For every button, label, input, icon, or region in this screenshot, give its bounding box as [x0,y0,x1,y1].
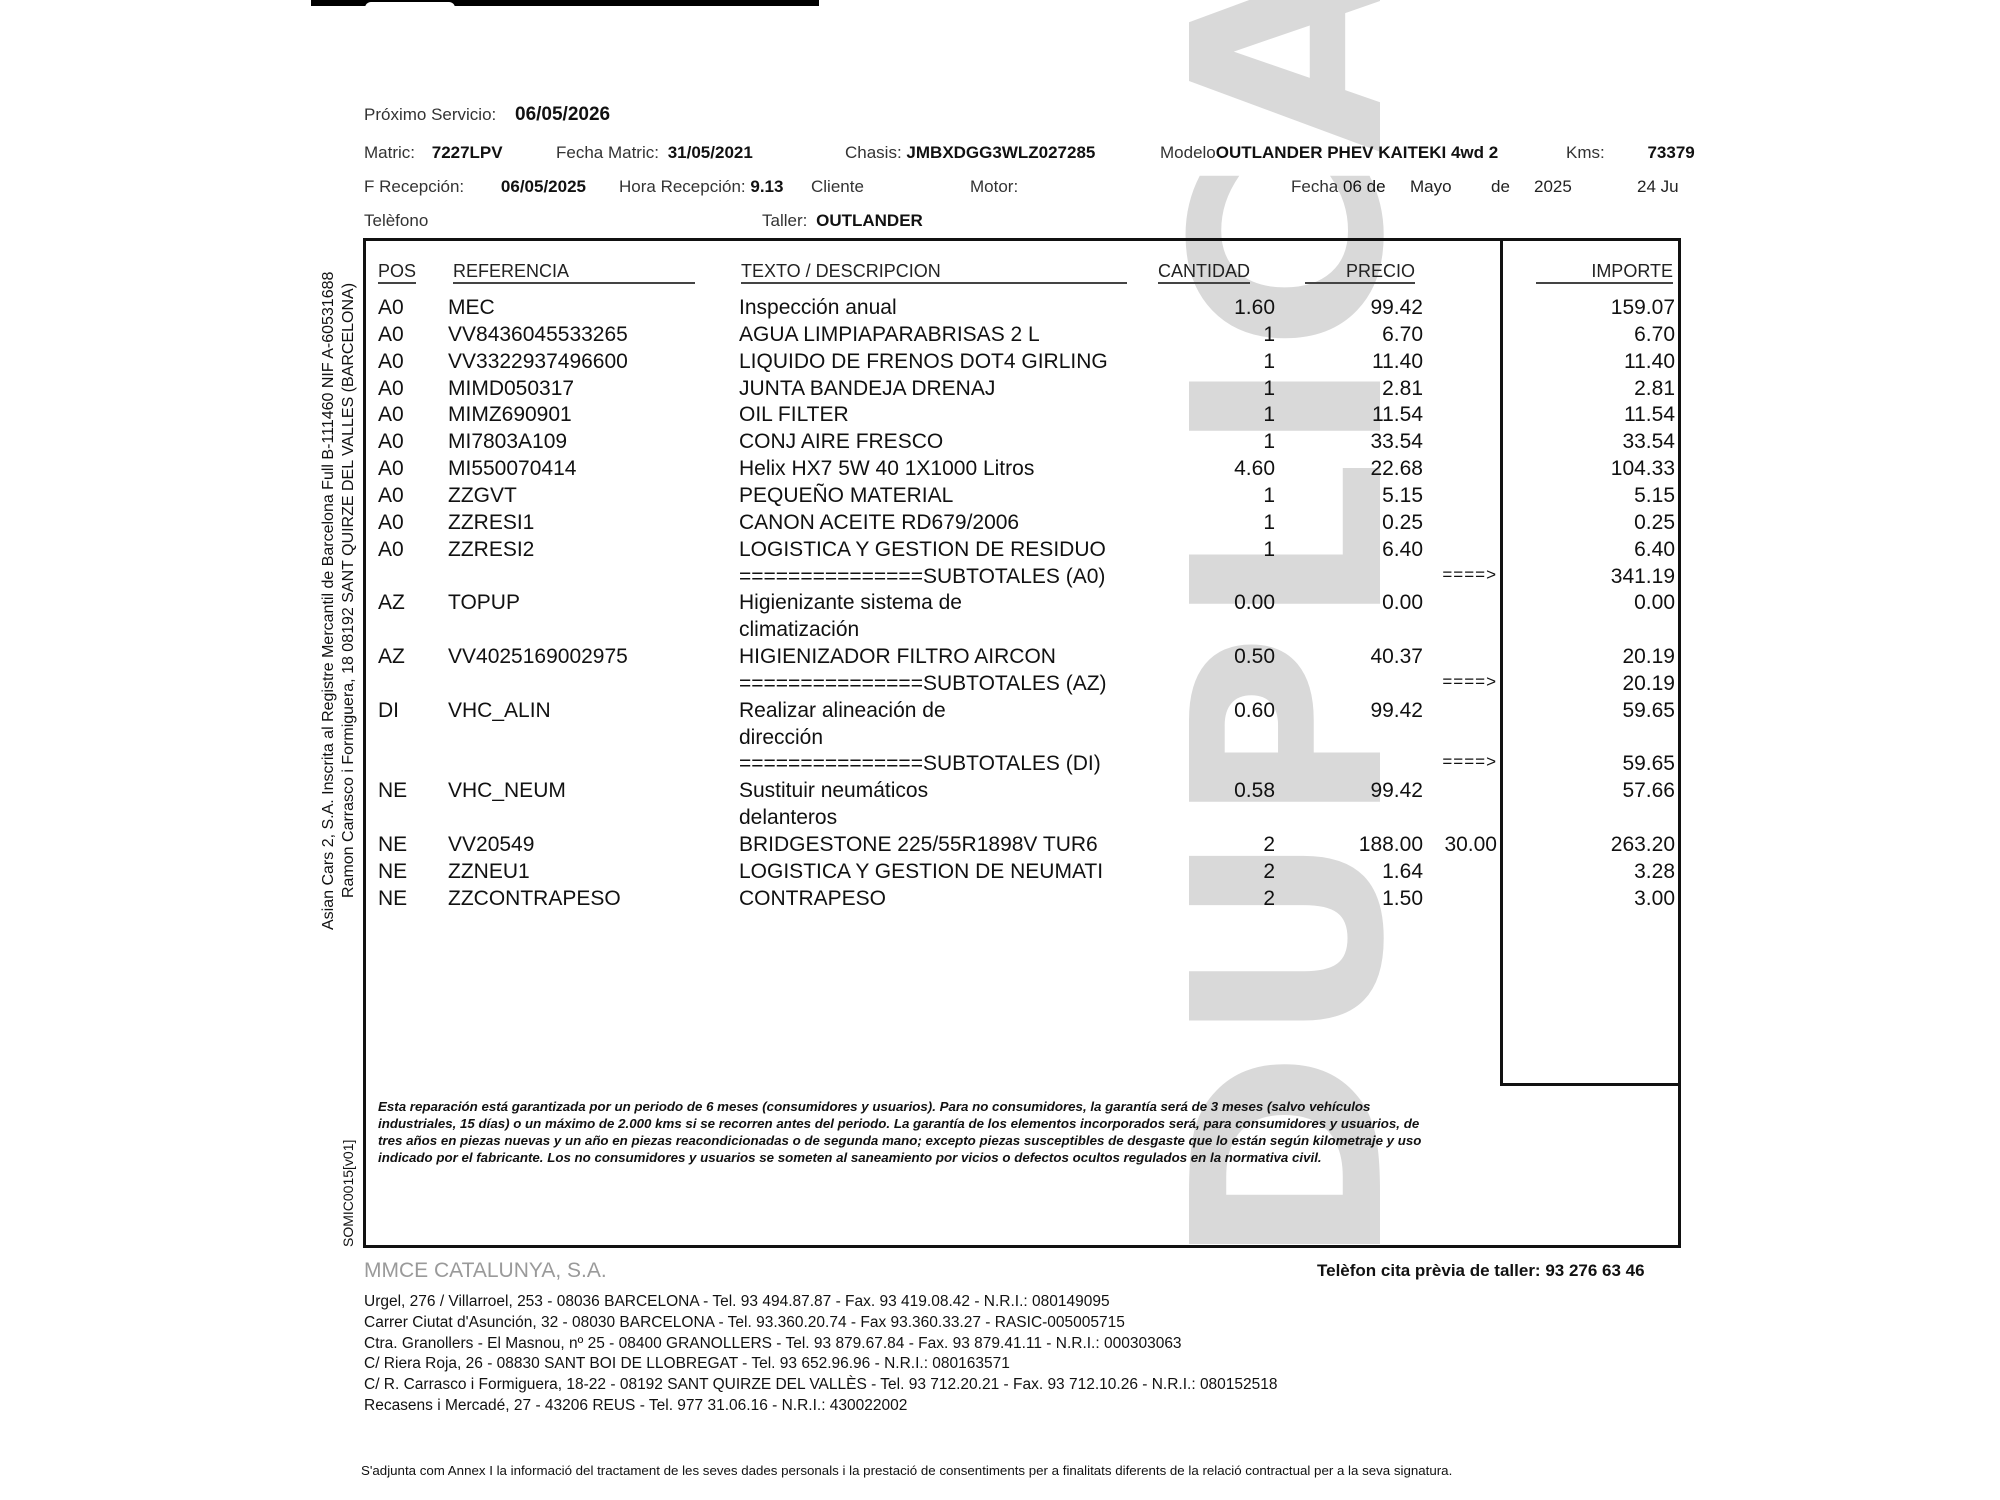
cantidad-cell: 1 [1263,350,1275,374]
cliente-field: Cliente [811,177,864,197]
importe-cell: 57.66 [1622,779,1675,803]
motor-label: Motor: [970,177,1018,196]
precio-cell: 6.40 [1382,538,1423,562]
descripcion-cell: Inspección anual [739,296,897,320]
referencia-cell: MI550070414 [448,457,576,481]
table-row: AZTOPUPHigienizante sistema de0.000.000.… [0,591,2000,618]
col-header-descripcion: TEXTO / DESCRIPCION [741,260,1127,284]
pos-cell: NE [378,779,407,803]
table-row: A0MIMD050317JUNTA BANDEJA DRENAJ12.812.8… [0,377,2000,404]
cantidad-cell: 0.58 [1234,779,1275,803]
f-recepcion-label: F Recepción: [364,177,464,196]
branch-address-line: Urgel, 276 / Villarroel, 253 - 08036 BAR… [364,1293,1110,1311]
pos-cell: A0 [378,323,404,347]
warranty-text: Esta reparación está garantizada por un … [378,1098,1438,1166]
table-row: A0ZZRESI1CANON ACEITE RD679/200610.250.2… [0,511,2000,538]
hora-recepcion-value: 9.13 [750,177,783,196]
descripcion-cell: ===============SUBTOTALES (A0) [739,565,1105,589]
fecha-month: Mayo [1410,177,1452,197]
precio-cell: 2.81 [1382,377,1423,401]
proximo-servicio-value: 06/05/2026 [515,104,610,125]
descripcion-cell: OIL FILTER [739,403,849,427]
proximo-servicio-label: Próximo Servicio: [364,105,496,124]
importe-cell: 341.19 [1611,565,1675,589]
referencia-cell: VV4025169002975 [448,645,628,669]
table-row: A0VV3322937496600LIQUIDO DE FRENOS DOT4 … [0,350,2000,377]
table-row: A0ZZGVTPEQUEÑO MATERIAL15.155.15 [0,484,2000,511]
referencia-cell: VHC_ALIN [448,699,551,723]
importe-cell: 11.54 [1624,403,1675,427]
descripcion-cell: CANON ACEITE RD679/2006 [739,511,1019,535]
importe-cell: 6.70 [1634,323,1675,347]
branch-address-line: C/ R. Carrasco i Formiguera, 18-22 - 081… [364,1376,1278,1394]
importe-cell: 6.40 [1634,538,1675,562]
cantidad-cell: 0.60 [1234,699,1275,723]
precio-cell: 0.00 [1382,591,1423,615]
col-header-precio: PRECIO [1305,260,1415,284]
table-row: NEVV20549BRIDGESTONE 225/55R1898V TUR621… [0,833,2000,860]
pos-cell: A0 [378,484,404,508]
subtotal-row: ===============SUBTOTALES (DI)====>59.65 [0,752,2000,779]
pos-cell: A0 [378,538,404,562]
importe-cell: 20.19 [1622,645,1675,669]
referencia-cell: TOPUP [448,591,520,615]
pos-cell: A0 [378,430,404,454]
table-row: NEZZNEU1LOGISTICA Y GESTION DE NEUMATI21… [0,860,2000,887]
col-header-referencia: REFERENCIA [453,260,695,284]
cantidad-cell: 0.00 [1234,591,1275,615]
importe-cell: 5.15 [1634,484,1675,508]
importe-cell: 0.25 [1634,511,1675,535]
taller-value: OUTLANDER [816,211,923,230]
importe-cell: 33.54 [1622,430,1675,454]
descripcion-cell: delanteros [739,806,837,830]
cantidad-cell: 1 [1263,323,1275,347]
precio-cell: 6.70 [1382,323,1423,347]
cita-previa-phone: Telèfon cita prèvia de taller: 93 276 63… [1317,1261,1645,1281]
kms-label: Kms: [1566,143,1605,162]
importe-cell: 59.65 [1622,752,1675,776]
precio-cell: 11.40 [1372,350,1423,374]
referencia-cell: VV3322937496600 [448,350,628,374]
referencia-cell: MIMD050317 [448,377,574,401]
table-row: dirección [0,726,2000,753]
f-recepcion-field: F Recepción: 06/05/2025 [364,177,586,197]
descripcion-cell: Realizar alineación de [739,699,946,723]
pos-cell: A0 [378,296,404,320]
form-code: SOMIC0015[v01] [340,1140,356,1247]
fecha-matric-field: Fecha Matric: 31/05/2021 [556,143,753,163]
descripcion-cell: Helix HX7 5W 40 1X1000 Litros [739,457,1034,481]
top-bar-notch [365,2,455,8]
table-row: A0MECInspección anual1.6099.42159.07 [0,296,2000,323]
chasis-value: JMBXDGG3WLZ027285 [906,143,1095,162]
precio-cell: 33.54 [1370,430,1423,454]
referencia-cell: VHC_NEUM [448,779,566,803]
importe-cell: 2.81 [1634,377,1675,401]
f-recepcion-value: 06/05/2025 [501,177,586,196]
fecha-label: Fecha [1291,177,1338,196]
descripcion-cell: JUNTA BANDEJA DRENAJ [739,377,995,401]
importe-cell: 20.19 [1622,672,1675,696]
table-row: climatización [0,618,2000,645]
referencia-cell: ZZRESI1 [448,511,534,535]
descripcion-cell: Higienizante sistema de [739,591,962,615]
proximo-servicio: Próximo Servicio: 06/05/2026 [364,104,610,126]
precio-cell: 1.50 [1382,887,1423,911]
cantidad-cell: 0.50 [1234,645,1275,669]
modelo-label: Modelo [1160,143,1216,162]
referencia-cell: MEC [448,296,495,320]
taller-label: Taller: [762,211,807,230]
table-row: A0MIMZ690901OIL FILTER111.5411.54 [0,403,2000,430]
telefono-label: Telèfono [364,211,428,230]
col-header-cantidad: CANTIDAD [1158,260,1250,284]
chasis-label: Chasis: [845,143,902,162]
modelo-field: ModeloOUTLANDER PHEV KAITEKI 4wd 2 [1160,143,1498,163]
taller-field: Taller: OUTLANDER [762,211,923,231]
col-header-pos: POS [378,260,416,284]
referencia-cell: ZZRESI2 [448,538,534,562]
descripcion-cell: LOGISTICA Y GESTION DE NEUMATI [739,860,1103,884]
precio-cell: 40.37 [1370,645,1423,669]
precio-cell: 99.42 [1370,699,1423,723]
fecha-day: 06 de [1343,177,1386,196]
precio-cell: 1.64 [1382,860,1423,884]
table-row: AZVV4025169002975HIGIENIZADOR FILTRO AIR… [0,645,2000,672]
pos-cell: A0 [378,457,404,481]
kms-value: 73379 [1647,143,1694,162]
descuento-cell: ====> [1442,565,1497,585]
table-row: A0MI7803A109CONJ AIRE FRESCO133.5433.54 [0,430,2000,457]
descripcion-cell: HIGIENIZADOR FILTRO AIRCON [739,645,1056,669]
branch-address-line: Carrer Ciutat d'Asunción, 32 - 08030 BAR… [364,1314,1125,1332]
precio-cell: 188.00 [1359,833,1423,857]
table-row: A0VV8436045533265AGUA LIMPIAPARABRISAS 2… [0,323,2000,350]
company-name: MMCE CATALUNYA, S.A. [364,1259,607,1283]
importe-cell: 59.65 [1622,699,1675,723]
cantidad-cell: 1 [1263,511,1275,535]
referencia-cell: VV20549 [448,833,534,857]
cantidad-cell: 2 [1263,887,1275,911]
fecha-matric-label: Fecha Matric: [556,143,659,162]
motor-field: Motor: [970,177,1018,197]
pos-cell: AZ [378,591,405,615]
matric-label: Matric: [364,143,415,162]
branch-address-line: Ctra. Granollers - El Masnou, nº 25 - 08… [364,1335,1182,1353]
descripcion-cell: AGUA LIMPIAPARABRISAS 2 L [739,323,1040,347]
pos-cell: DI [378,699,399,723]
fecha-extra: 24 Ju [1637,177,1679,197]
cantidad-cell: 4.60 [1234,457,1275,481]
precio-cell: 99.42 [1370,779,1423,803]
pos-cell: A0 [378,403,404,427]
table-row: NEVHC_NEUMSustituir neumáticos0.5899.425… [0,779,2000,806]
cantidad-cell: 1 [1263,430,1275,454]
subtotal-row: ===============SUBTOTALES (A0)====>341.1… [0,565,2000,592]
cantidad-cell: 1 [1263,403,1275,427]
cantidad-cell: 1.60 [1234,296,1275,320]
telefono-field: Telèfono [364,211,428,231]
kms-field: Kms: 73379 [1566,143,1695,163]
subtotal-row: ===============SUBTOTALES (AZ)====>20.19 [0,672,2000,699]
referencia-cell: VV8436045533265 [448,323,628,347]
cantidad-cell: 1 [1263,538,1275,562]
pos-cell: AZ [378,645,405,669]
descripcion-cell: PEQUEÑO MATERIAL [739,484,953,508]
chasis-field: Chasis: JMBXDGG3WLZ027285 [845,143,1095,163]
descripcion-cell: CONJ AIRE FRESCO [739,430,943,454]
table-row: A0MI550070414Helix HX7 5W 40 1X1000 Litr… [0,457,2000,484]
table-row: NEZZCONTRAPESOCONTRAPESO21.503.00 [0,887,2000,914]
referencia-cell: MI7803A109 [448,430,567,454]
cantidad-cell: 2 [1263,860,1275,884]
fecha-de: de [1491,177,1510,197]
importe-cell: 104.33 [1611,457,1675,481]
precio-cell: 22.68 [1370,457,1423,481]
descripcion-cell: CONTRAPESO [739,887,886,911]
importe-cell: 3.00 [1634,887,1675,911]
cantidad-cell: 1 [1263,484,1275,508]
fecha-year: 2025 [1534,177,1572,197]
cliente-label: Cliente [811,177,864,196]
pos-cell: NE [378,860,407,884]
pos-cell: NE [378,833,407,857]
descripcion-cell: dirección [739,726,823,750]
descripcion-cell: BRIDGESTONE 225/55R1898V TUR6 [739,833,1098,857]
pos-cell: NE [378,887,407,911]
precio-cell: 5.15 [1382,484,1423,508]
hora-recepcion-label: Hora Recepción: [619,177,746,196]
descripcion-cell: ===============SUBTOTALES (DI) [739,752,1101,776]
descripcion-cell: ===============SUBTOTALES (AZ) [739,672,1107,696]
descuento-cell: ====> [1442,672,1497,692]
referencia-cell: ZZNEU1 [448,860,530,884]
pos-cell: A0 [378,377,404,401]
descripcion-cell: climatización [739,618,859,642]
importe-cell: 263.20 [1611,833,1675,857]
gdpr-notice: S'adjunta com Annex I la informació del … [361,1462,1511,1479]
pos-cell: A0 [378,350,404,374]
importe-cell: 11.40 [1624,350,1675,374]
col-header-importe: IMPORTE [1536,260,1673,284]
table-row: A0ZZRESI2LOGISTICA Y GESTION DE RESIDUO1… [0,538,2000,565]
descripcion-cell: Sustituir neumáticos [739,779,928,803]
matric-field: Matric: 7227LPV [364,143,503,163]
importe-cell: 0.00 [1634,591,1675,615]
branch-address-line: Recasens i Mercadé, 27 - 43206 REUS - Te… [364,1397,907,1415]
branch-address-line: C/ Riera Roja, 26 - 08830 SANT BOI DE LL… [364,1355,1010,1373]
referencia-cell: ZZCONTRAPESO [448,887,621,911]
table-row: DIVHC_ALINRealizar alineación de0.6099.4… [0,699,2000,726]
descuento-cell: 30.00 [1444,833,1497,857]
fecha-field: Fecha 06 de [1291,177,1386,197]
importe-cell: 3.28 [1634,860,1675,884]
hora-recepcion-field: Hora Recepción: 9.13 [619,177,783,197]
referencia-cell: MIMZ690901 [448,403,572,427]
precio-cell: 0.25 [1382,511,1423,535]
descripcion-cell: LIQUIDO DE FRENOS DOT4 GIRLING [739,350,1108,374]
table-row: delanteros [0,806,2000,833]
pos-cell: A0 [378,511,404,535]
descuento-cell: ====> [1442,752,1497,772]
modelo-value: OUTLANDER PHEV KAITEKI 4wd 2 [1216,143,1498,162]
referencia-cell: ZZGVT [448,484,517,508]
importe-cell: 159.07 [1611,296,1675,320]
precio-cell: 99.42 [1370,296,1423,320]
fecha-matric-value: 31/05/2021 [668,143,753,162]
matric-value: 7227LPV [432,143,503,162]
precio-cell: 11.54 [1372,403,1423,427]
cantidad-cell: 2 [1263,833,1275,857]
cantidad-cell: 1 [1263,377,1275,401]
descripcion-cell: LOGISTICA Y GESTION DE RESIDUO [739,538,1106,562]
